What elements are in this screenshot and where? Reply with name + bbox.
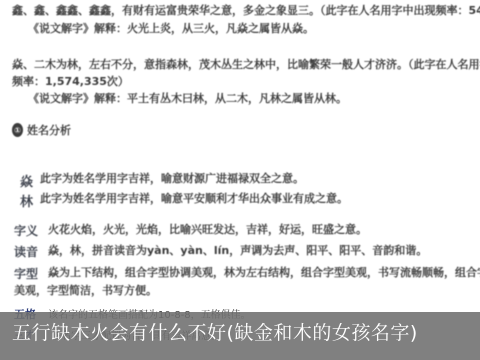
row-text-zixing-cont: 美观，字型简洁，书写方便。 [14, 284, 157, 298]
row-text-duyin: 焱，林，拼音读音为yàn、yàn、lín，声调为去声、阳平、阳平、音韵和谐。 [48, 244, 427, 258]
meaning-text-2: 此字为姓名学用字吉祥，喻意平安顺利才华出众事业有成之意。 [40, 192, 348, 206]
row-label-ziyi: 字义 [14, 222, 38, 239]
section-title: 姓名分析 [27, 122, 71, 138]
row-text-ziyi: 火花火焰，火光，光焰，比喻兴旺发达，吉祥，好运，旺盛之意。 [48, 223, 367, 237]
entry-2-line-2: 频率：1,574,335次） [12, 75, 129, 89]
document-page: 鑫、鑫、鑫鑫、鑫鑫，有财有运富贵荣华之意，多金之象显三。（此字在人名用字中出现频… [0, 0, 480, 360]
entry-2-line-3: 《说文解字》解释：平土有丛木曰林，从二木，凡林之属皆从林。 [28, 92, 347, 106]
meaning-label-2: 林 [20, 191, 33, 210]
caption-title: 五行缺木火会有什么不好(缺金和木的女孩名字) [12, 318, 418, 345]
meaning-label-1: 焱 [20, 171, 33, 190]
entry-1-line-2: 《说文解字》解释：火光上炎，从三火，凡焱之属皆从焱。 [28, 22, 314, 36]
row-label-zixing: 字型 [14, 265, 38, 282]
row-text-zixing: 焱为上下结构，组合字型协调美观，林为左右结构，组合字型美观，书写流畅顺畅，组合字… [48, 266, 480, 280]
meaning-text-1: 此字为姓名学用字吉祥，喻意财源广进福禄双全之意。 [40, 172, 304, 186]
row-label-duyin: 读音 [14, 243, 38, 260]
circled-number-icon: ① [12, 123, 23, 137]
entry-2-line-1: 焱、二木为林，左右不分，意指森林，茂木丛生之林中，比喻繁荣一般人才济济。（此字在… [12, 58, 480, 72]
entry-1-line-1: 鑫、鑫、鑫鑫、鑫鑫，有财有运富贵荣华之意，多金之象显三。（此字在人名用字中出现频… [12, 4, 480, 18]
section-heading: ① 姓名分析 [12, 122, 71, 138]
